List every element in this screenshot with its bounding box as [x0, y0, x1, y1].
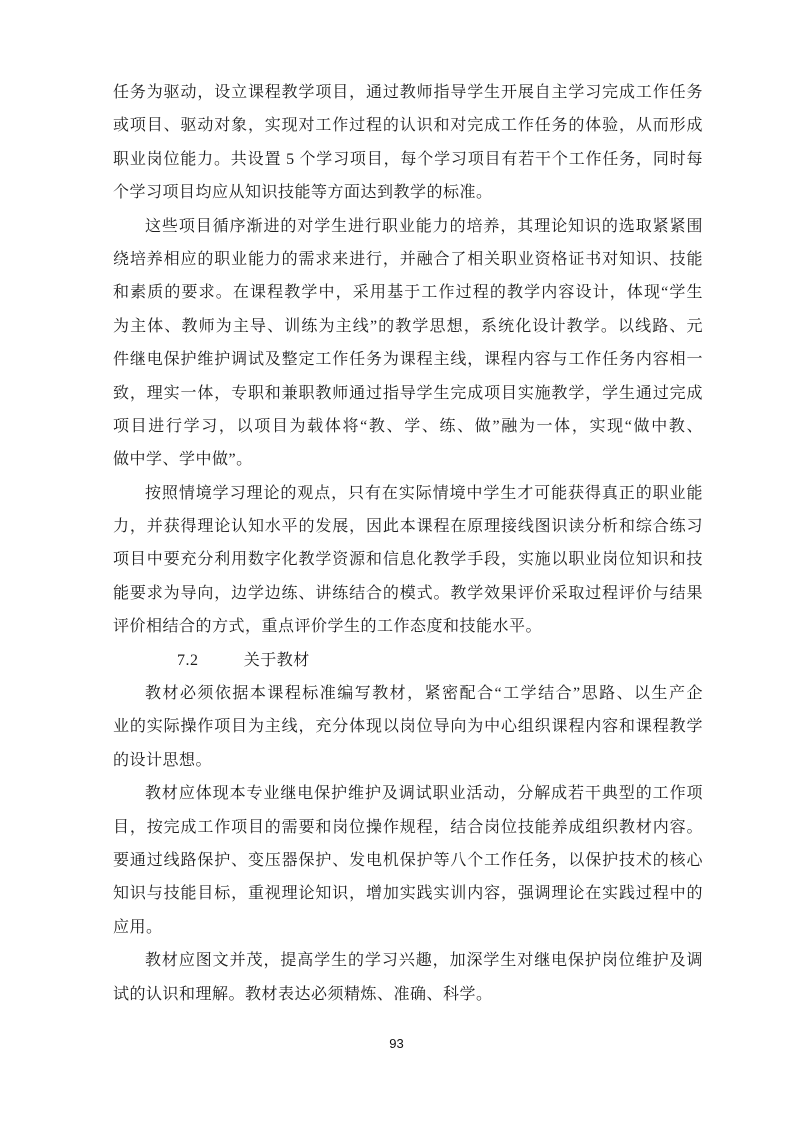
text-line: 或项目、驱动对象，实现对工作过程的认识和对完成工作任务的体验，从而形成 [113, 109, 703, 142]
text-line: 知识与技能目标，重视理论知识，增加实践实训内容，强调理论在实践过程中的 [113, 877, 703, 910]
text-line: 教材应图文并茂，提高学生的学习兴趣，加深学生对继电保护岗位维护及调 [113, 944, 703, 977]
text-line: 绕培养相应的职业能力的需求来进行，并融合了相关职业资格证书对知识、技能 [113, 243, 703, 276]
text-line: 致，理实一体，专职和兼职教师通过指导学生完成项目实施教学，学生通过完成 [113, 377, 703, 410]
text-line: 职业岗位能力。共设置 5 个学习项目，每个学习项目有若干个工作任务，同时每 [113, 143, 703, 176]
text-line: 为主体、教师为主导、训练为主线”的教学思想，系统化设计教学。以线路、元 [113, 310, 703, 343]
document-page: 任务为驱动，设立课程教学项目，通过教师指导学生开展自主学习完成工作任务 或项目、… [0, 0, 793, 1122]
text-line: 教材必须依据本课程标准编写教材，紧密配合“工学结合”思路、以生产企 [113, 677, 703, 710]
paragraph: 任务为驱动，设立课程教学项目，通过教师指导学生开展自主学习完成工作任务 或项目、… [113, 76, 703, 210]
section-number: 7.2 [145, 644, 199, 677]
paragraph: 教材应体现本专业继电保护维护及调试职业活动，分解成若干典型的工作项 目，按完成工… [113, 777, 703, 944]
page-content: 任务为驱动，设立课程教学项目，通过教师指导学生开展自主学习完成工作任务 或项目、… [113, 76, 703, 1011]
text-line: 项目中要充分利用数字化教学资源和信息化教学手段，实施以职业岗位知识和技 [113, 543, 703, 576]
text-line: 应用。 [113, 911, 703, 944]
text-line: 教材应体现本专业继电保护维护及调试职业活动，分解成若干典型的工作项 [113, 777, 703, 810]
text-line: 评价相结合的方式，重点评价学生的工作态度和技能水平。 [113, 610, 703, 643]
text-line: 目，按完成工作项目的需要和岗位操作规程，结合岗位技能养成组织教材内容。 [113, 811, 703, 844]
text-line: 件继电保护维护调试及整定工作任务为课程主线，课程内容与工作任务内容相一 [113, 343, 703, 376]
text-line: 和素质的要求。在课程教学中，采用基于工作过程的教学内容设计，体现“学生 [113, 276, 703, 309]
text-line: 试的认识和理解。教材表达必须精炼、准确、科学。 [113, 978, 703, 1011]
section-title: 关于教材 [212, 644, 310, 677]
paragraph: 教材必须依据本课程标准编写教材，紧密配合“工学结合”思路、以生产企 业的实际操作… [113, 677, 703, 777]
text-line: 能要求为导向，边学边练、讲练结合的模式。教学效果评价采取过程评价与结果 [113, 577, 703, 610]
page-number: 93 [0, 1036, 793, 1051]
paragraph: 这些项目循序渐进的对学生进行职业能力的培养，其理论知识的选取紧紧围 绕培养相应的… [113, 210, 703, 477]
text-line: 要通过线路保护、变压器保护、发电机保护等八个工作任务，以保护技术的核心 [113, 844, 703, 877]
text-line: 个学习项目均应从知识技能等方面达到教学的标准。 [113, 176, 703, 209]
text-line: 力，并获得理论认知水平的发展，因此本课程在原理接线图识读分析和综合练习 [113, 510, 703, 543]
text-line: 这些项目循序渐进的对学生进行职业能力的培养，其理论知识的选取紧紧围 [113, 210, 703, 243]
paragraph: 教材应图文并茂，提高学生的学习兴趣，加深学生对继电保护岗位维护及调 试的认识和理… [113, 944, 703, 1011]
paragraph: 按照情境学习理论的观点，只有在实际情境中学生才可能获得真正的职业能 力，并获得理… [113, 477, 703, 644]
text-line: 按照情境学习理论的观点，只有在实际情境中学生才可能获得真正的职业能 [113, 477, 703, 510]
text-line: 任务为驱动，设立课程教学项目，通过教师指导学生开展自主学习完成工作任务 [113, 76, 703, 109]
section-heading: 7.2 关于教材 [113, 644, 703, 677]
text-line: 项目进行学习，以项目为载体将“教、学、练、做”融为一体，实现“做中教、 [113, 410, 703, 443]
text-line: 的设计思想。 [113, 744, 703, 777]
text-line: 业的实际操作项目为主线，充分体现以岗位导向为中心组织课程内容和课程教学 [113, 710, 703, 743]
text-line: 做中学、学中做”。 [113, 443, 703, 476]
